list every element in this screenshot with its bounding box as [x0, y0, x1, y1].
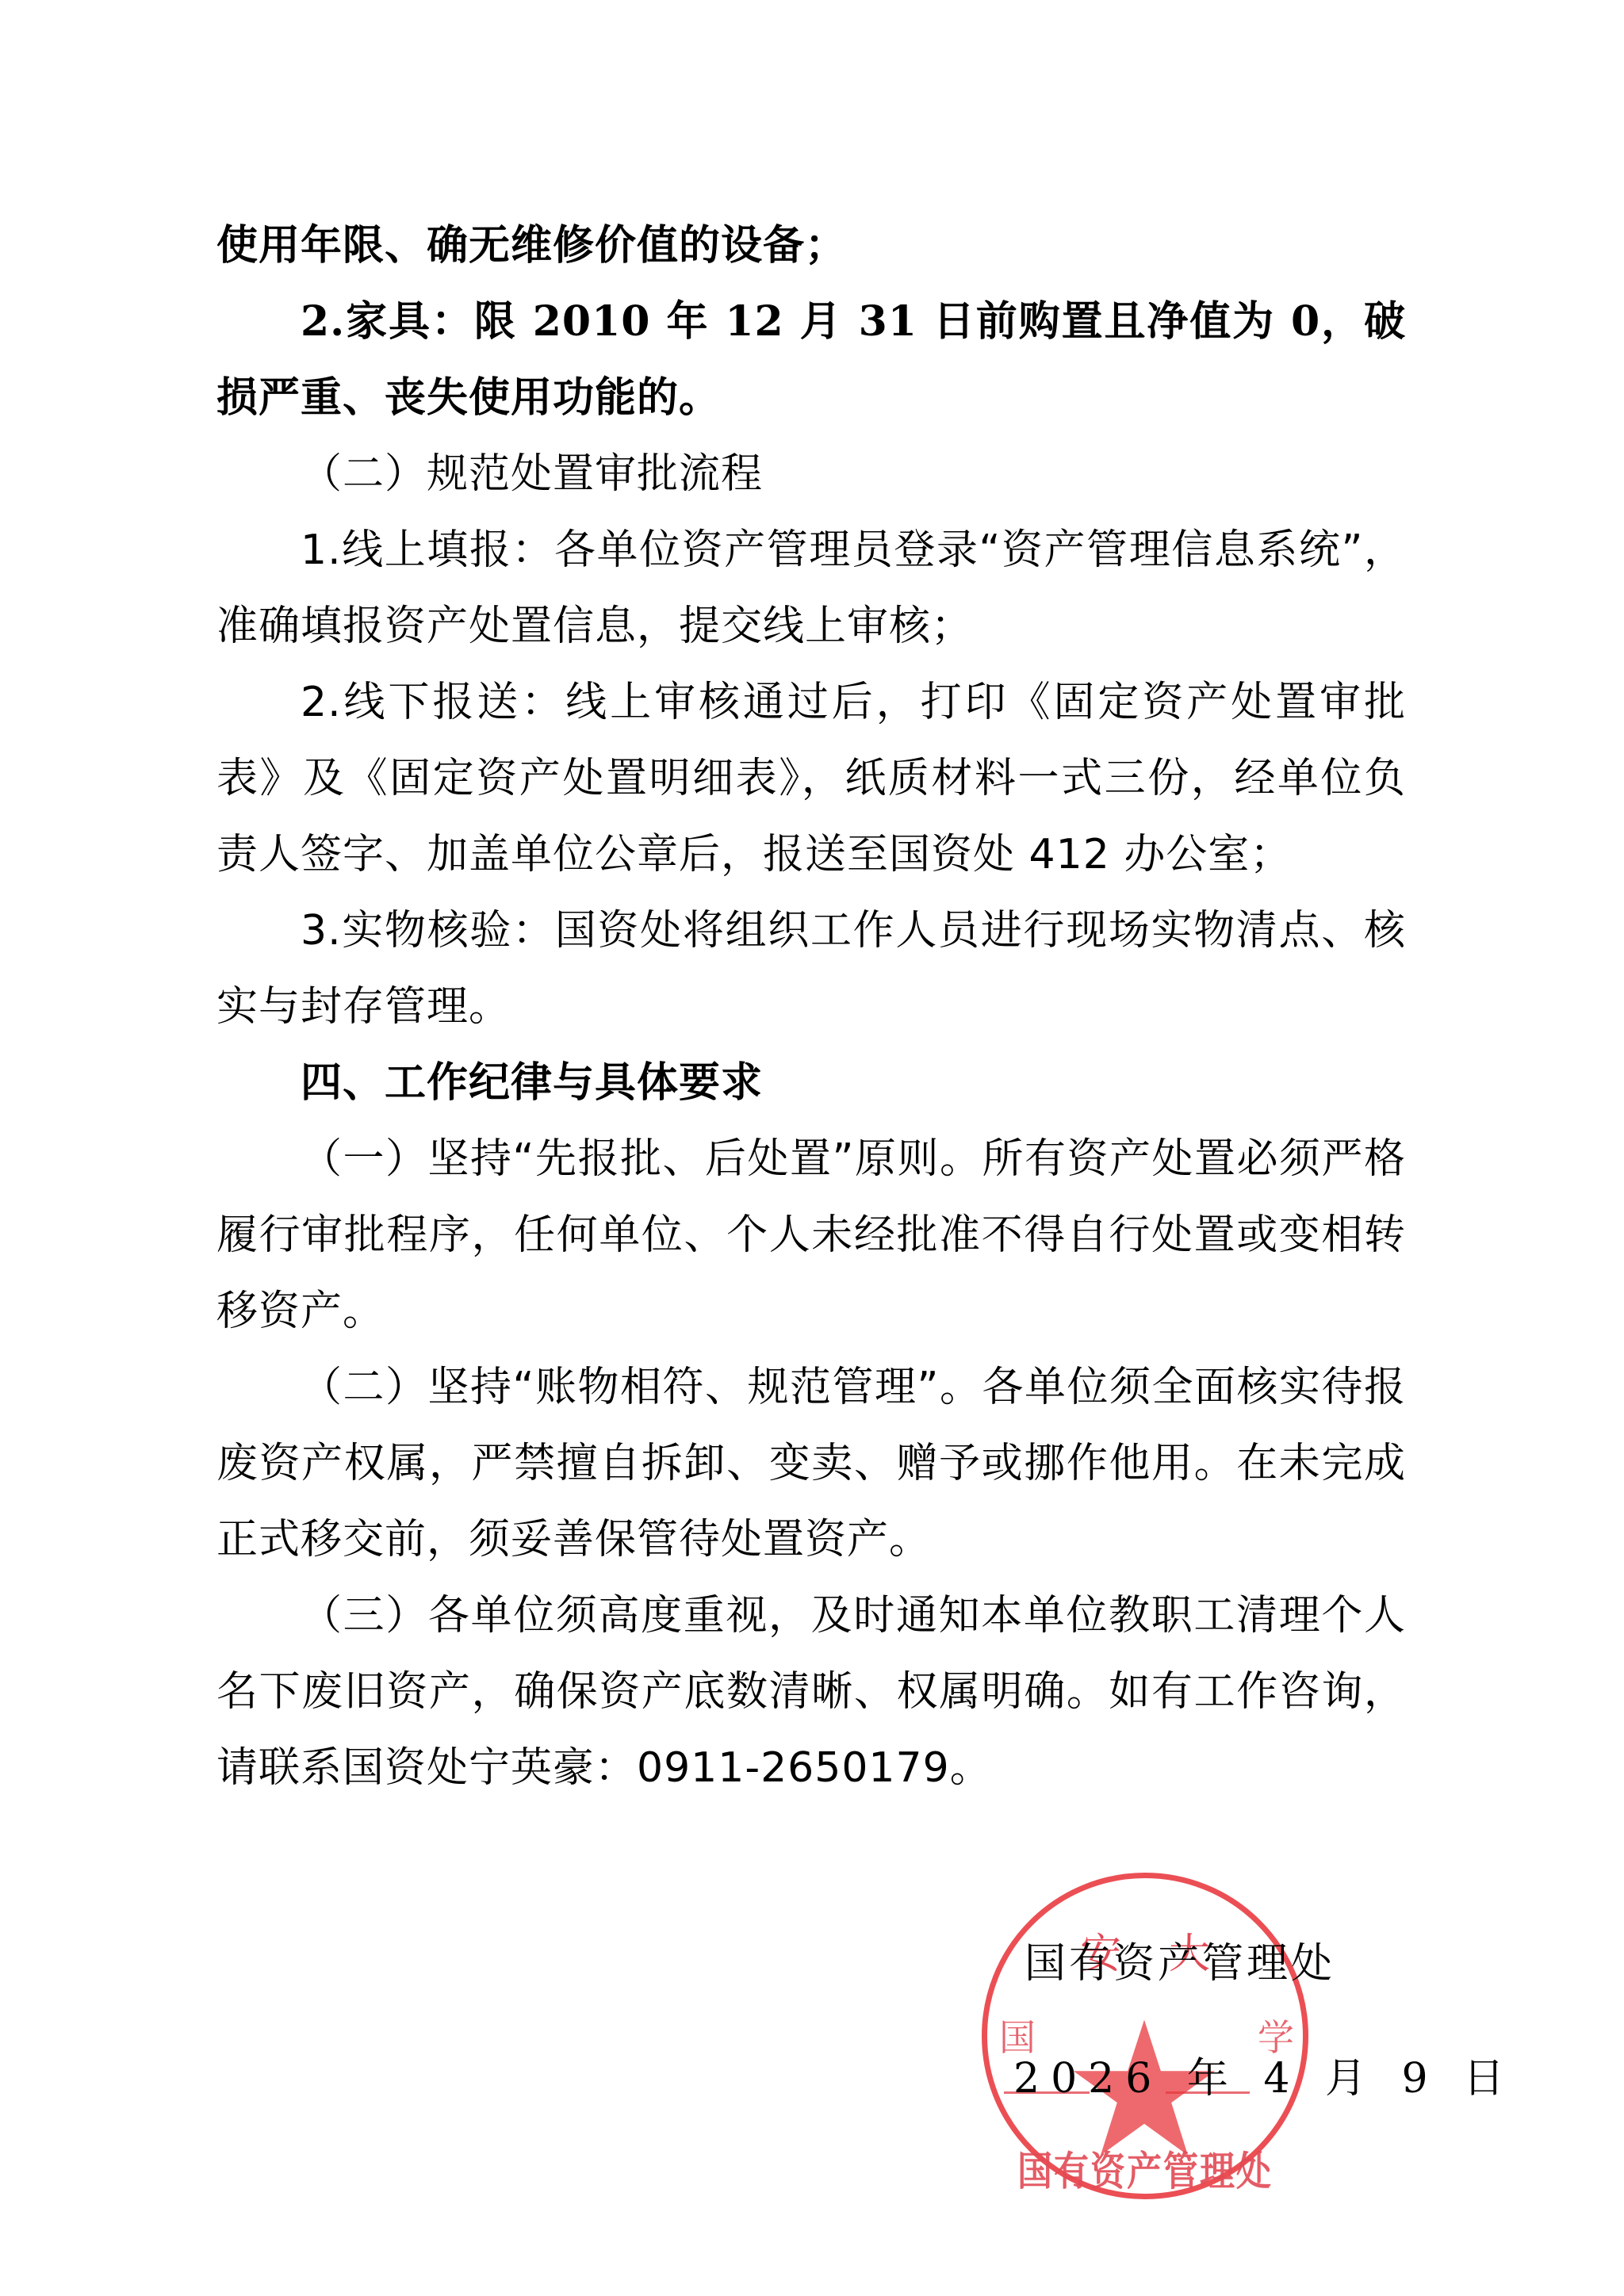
paragraph-furniture-criteria: 2.家具：限 2010 年 12 月 31 日前购置且净值为 0，破损严重、丧失… — [216, 284, 1406, 436]
paragraph-offline-submission: 2.线下报送：线上审核通过后，打印《固定资产处置审批表》及《固定资产处置明细表》… — [216, 664, 1406, 893]
signature-date: 2026 年 4 月 9 日 — [1013, 2055, 1515, 2103]
official-seal: 安大 国 学 国有资产管理处 — [982, 1873, 1315, 2206]
seal-side-right-text: 学 — [1258, 2009, 1294, 2061]
paragraph-contact-info: （三）各单位须高度重视，及时通知本单位教职工清理个人名下废旧资产，确保资产底数清… — [216, 1578, 1406, 1806]
paragraph-physical-verification: 3.实物核验：国资处将组织工作人员进行现场实物清点、核实与封存管理。 — [216, 893, 1406, 1045]
paragraph-equipment-criteria-end: 使用年限、确无维修价值的设备； — [216, 208, 1406, 284]
signature-organization: 国有资产管理处 — [1025, 1940, 1335, 1988]
paragraph-accounts-match: （二）坚持“账物相符、规范管理”。各单位须全面核实待报废资产权属，严禁擅自拆卸、… — [216, 1349, 1406, 1578]
seal-bottom-text: 国有资产管理处 — [982, 2138, 1308, 2197]
seal-side-left-text: 国 — [999, 2009, 1036, 2061]
subheading-approval-process: （二）规范处置审批流程 — [216, 436, 1406, 512]
section-heading-work-discipline: 四、工作纪律与具体要求 — [216, 1045, 1406, 1121]
document-body: 使用年限、确无维修价值的设备； 2.家具：限 2010 年 12 月 31 日前… — [216, 208, 1406, 1806]
paragraph-approval-first: （一）坚持“先报批、后处置”原则。所有资产处置必须严格履行审批程序，任何单位、个… — [216, 1121, 1406, 1349]
paragraph-online-reporting: 1.线上填报：各单位资产管理员登录“资产管理信息系统”，准确填报资产处置信息，提… — [216, 512, 1406, 664]
